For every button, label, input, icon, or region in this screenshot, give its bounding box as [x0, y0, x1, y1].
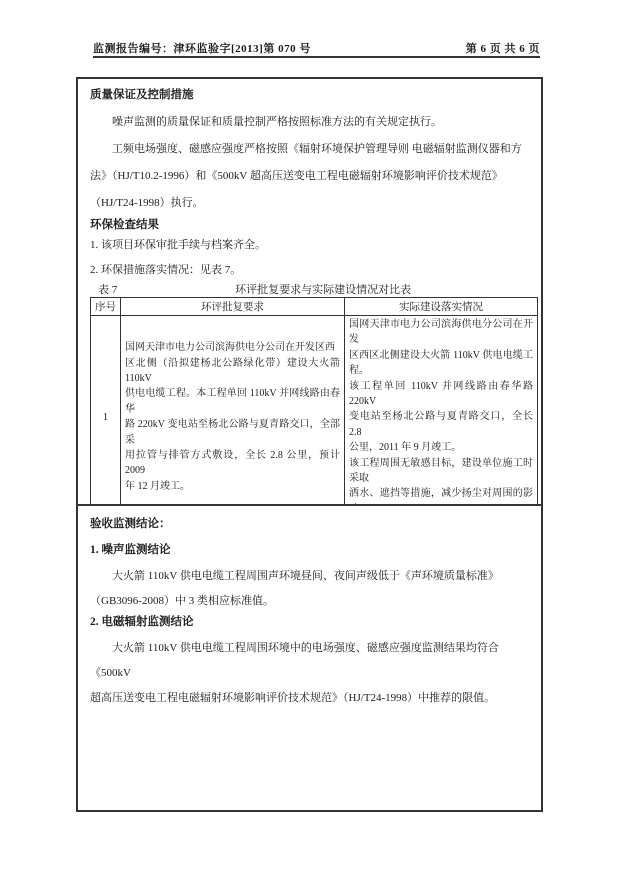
row1-actual: 国网天津市电力公司滨海供电分公司在开发 区西区北侧建设大火箭 110kV 供电电… — [345, 316, 538, 507]
content-box: 质量保证及控制措施 噪声监测的质量保证和质量控制严格按照标准方法的有关规定执行。… — [76, 77, 543, 812]
inspection-section-title: 环保检查结果 — [90, 217, 529, 233]
col-header-actual: 实际建设落实情况 — [345, 298, 538, 316]
row1-serial: 1 — [91, 316, 121, 507]
comparison-table: 序号 环评批复要求 实际建设落实情况 1 国网天津市电力公司滨海供电分公司在开发… — [90, 297, 538, 506]
inspection-item-2: 2. 环保措施落实情况：见表 7。 — [90, 258, 529, 283]
report-number: 监测报告编号：津环监验字[2013]第 070 号 — [93, 40, 311, 56]
table-row: 1 国网天津市电力公司滨海供电分公司在开发区西 区北侧（沿拟建杨北公路绿化带）建… — [91, 316, 538, 507]
header-rule — [93, 56, 540, 58]
col-header-serial: 序号 — [91, 298, 121, 316]
row1-requirement: 国网天津市电力公司滨海供电分公司在开发区西 区北侧（沿拟建杨北公路绿化带）建设大… — [121, 316, 345, 507]
page-number: 第 6 页 共 6 页 — [466, 40, 540, 56]
quality-paragraph-2: 工频电场强度、磁感应强度严格按照《辐射环境保护管理导则 电磁辐射监测仪器和方 法… — [90, 136, 529, 217]
quality-paragraph-1: 噪声监测的质量保证和质量控制严格按照标准方法的有关规定执行。 — [90, 109, 529, 136]
noise-conclusion-text: 大火箭 110kV 供电电缆工程周围声环境昼间、夜间声级低于《声环境质量标准》 … — [90, 564, 529, 614]
col-header-requirement: 环评批复要求 — [121, 298, 345, 316]
emf-conclusion-text: 大火箭 110kV 供电电缆工程周围环境中的电场强度、磁感应强度监测结果均符合《… — [90, 636, 529, 711]
conclusion-title: 验收监测结论： — [90, 516, 529, 532]
noise-conclusion-title: 1. 噪声监测结论 — [90, 542, 529, 558]
table-caption: 环评批复要求与实际建设情况对比表 — [117, 283, 529, 297]
emf-conclusion-title: 2. 电磁辐射监测结论 — [90, 614, 529, 630]
table-header-row: 序号 环评批复要求 实际建设落实情况 — [91, 298, 538, 316]
table-caption-row: 表 7 环评批复要求与实际建设情况对比表 — [90, 283, 529, 297]
inspection-item-1: 1. 该项目环保审批手续与档案齐全。 — [90, 233, 529, 258]
quality-and-inspection-section: 质量保证及控制措施 噪声监测的质量保证和质量控制严格按照标准方法的有关规定执行。… — [78, 79, 541, 506]
table-label: 表 7 — [98, 283, 117, 297]
quality-section-title: 质量保证及控制措施 — [90, 87, 529, 103]
document-page: 监测报告编号：津环监验字[2013]第 070 号 第 6 页 共 6 页 质量… — [0, 0, 631, 892]
page-header: 监测报告编号：津环监验字[2013]第 070 号 第 6 页 共 6 页 — [93, 40, 540, 56]
conclusion-section: 验收监测结论： 1. 噪声监测结论 大火箭 110kV 供电电缆工程周围声环境昼… — [78, 506, 541, 711]
